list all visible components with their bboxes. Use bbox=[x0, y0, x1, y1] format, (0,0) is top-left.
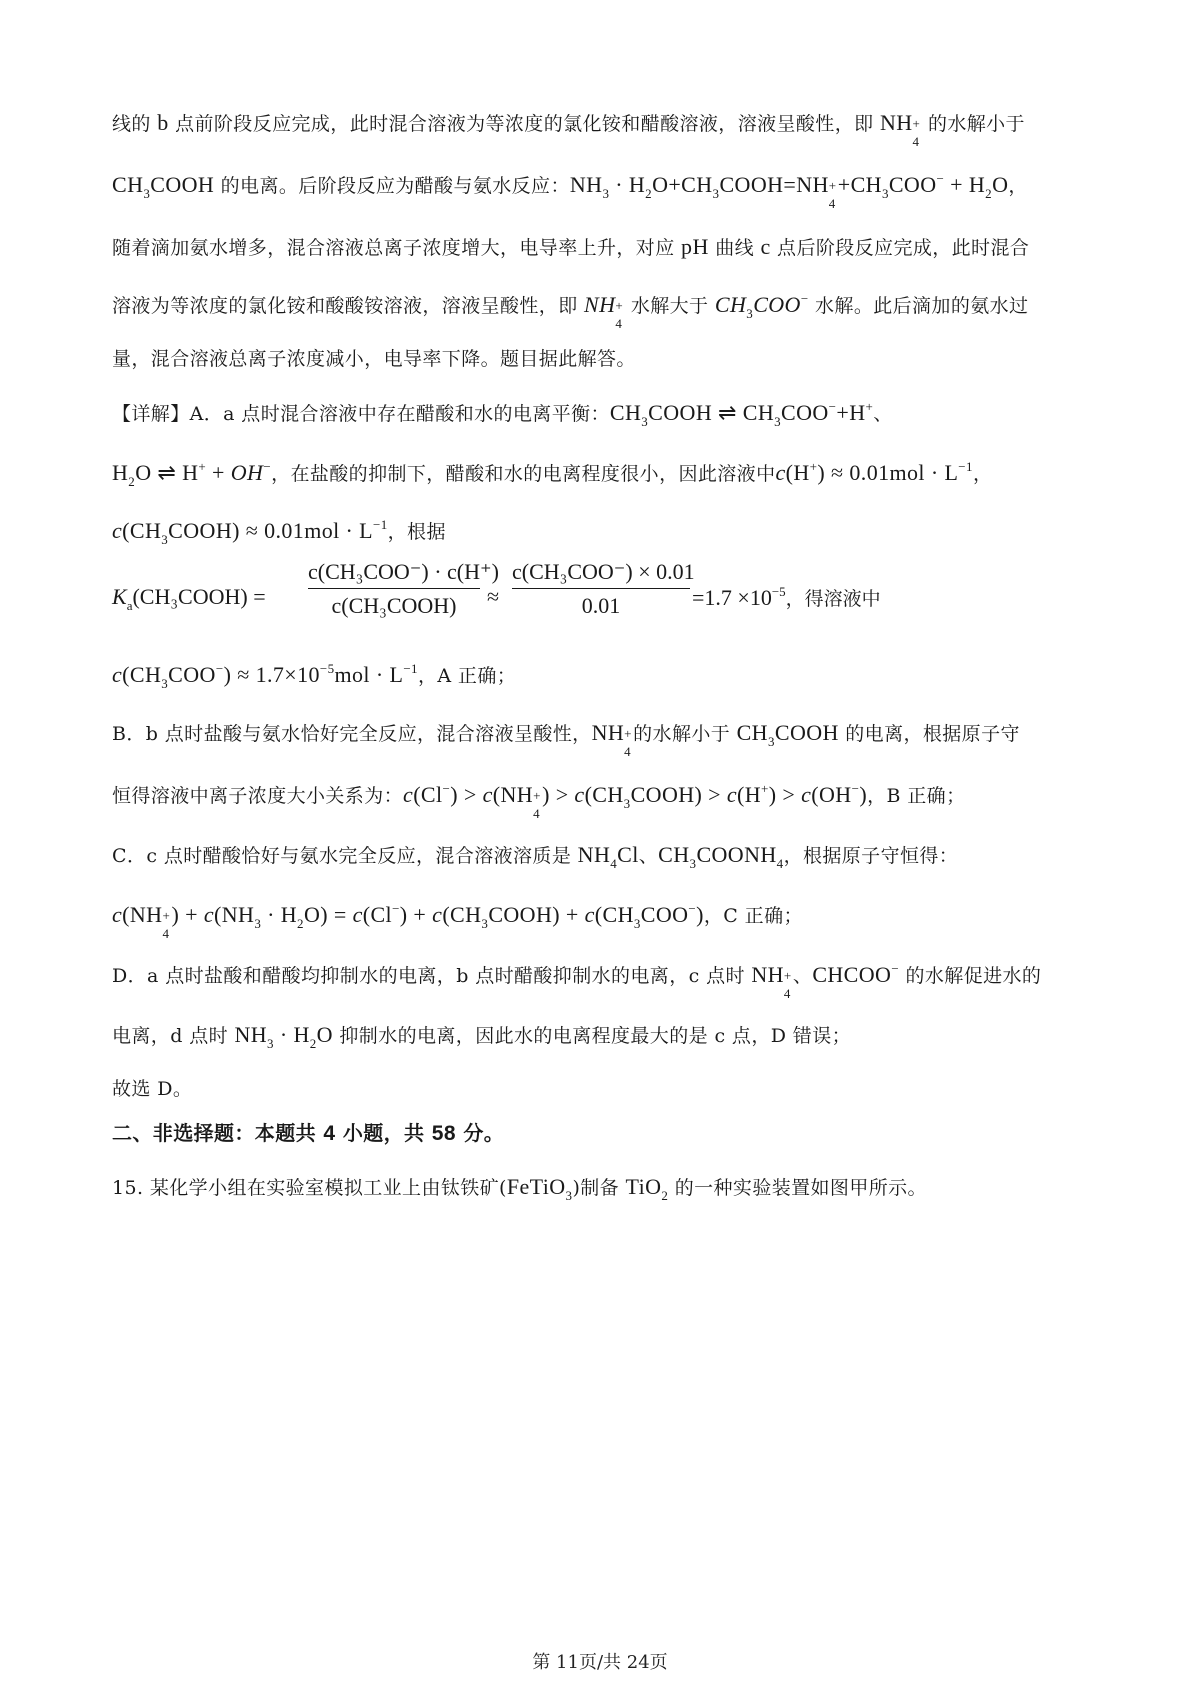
text-line: 溶液为等浓度的氯化铵和酸酸铵溶液，溶液呈酸性，即 NH+4 水解大于 CH3CO… bbox=[112, 290, 1100, 321]
text-line: 线的 b 点前阶段反应完成，此时混合溶液为等浓度的氯化铵和醋酸溶液，溶液呈酸性，… bbox=[112, 108, 1100, 139]
ka-fraction-2: c(CH₃COO⁻) × 0.01 0.01 bbox=[512, 558, 690, 620]
fraction-1-denominator: c(CH₃COOH) bbox=[308, 592, 480, 620]
text-line: C．c 点时醋酸恰好与氨水完全反应，混合溶液溶质是 NH4Cl、CH3COONH… bbox=[112, 840, 1100, 871]
fraction-1-numerator: c(CH₃COO⁻) · c(H⁺) bbox=[308, 558, 480, 586]
text-line: 15. 某化学小组在实验室模拟工业上由钛铁矿(FeTiO3)制备 TiO2 的一… bbox=[112, 1172, 1100, 1203]
text-line: H2O ⇌ H+ + OH−，在盐酸的抑制下，醋酸和水的电离程度很小，因此溶液中… bbox=[112, 458, 1100, 489]
fraction-2-denominator: 0.01 bbox=[512, 592, 690, 620]
section-heading: 二、非选择题：本题共 4 小题，共 58 分。 bbox=[112, 1118, 1100, 1149]
ka-equation: Ka(CH₃COOH) = c(CH₃COO⁻) · c(H⁺) c(CH₃CO… bbox=[112, 558, 1092, 650]
document-page: 线的 b 点前阶段反应完成，此时混合溶液为等浓度的氯化铵和醋酸溶液，溶液呈酸性，… bbox=[0, 0, 1200, 1698]
ka-lhs: Ka(CH₃COOH) = bbox=[112, 584, 266, 610]
text-line: 【详解】A．a 点时混合溶液中存在醋酸和水的电离平衡：CH3COOH ⇌ CH3… bbox=[112, 398, 1100, 429]
page-number-footer: 第 11页/共 24页 bbox=[0, 1648, 1200, 1674]
ka-result: =1.7 ×10−5，得溶液中 bbox=[692, 584, 881, 611]
text-line: D．a 点时盐酸和醋酸均抑制水的电离，b 点时醋酸抑制水的电离，c 点时 NH+… bbox=[112, 960, 1100, 991]
text-line: c(NH+4) + c(NH3 · H2O) = c(Cl−) + c(CH3C… bbox=[112, 900, 1100, 931]
fraction-2-numerator: c(CH₃COO⁻) × 0.01 bbox=[512, 558, 690, 586]
text-line: 随着滴加氨水增多，混合溶液总离子浓度增大，电导率上升，对应 pH 曲线 c 点后… bbox=[112, 232, 1100, 263]
text-line: c(CH3COO−) ≈ 1.7×10−5mol · L−1，A 正确； bbox=[112, 660, 1100, 691]
approx-sign: ≈ bbox=[487, 584, 499, 610]
ka-fraction-1: c(CH₃COO⁻) · c(H⁺) c(CH₃COOH) bbox=[308, 558, 480, 620]
text-line: CH3COOH 的电离。后阶段反应为醋酸与氨水反应：NH3 · H2O+CH3C… bbox=[112, 170, 1100, 201]
text-line: c(CH3COOH) ≈ 0.01mol · L−1，根据 bbox=[112, 516, 1100, 547]
text-line: 恒得溶液中离子浓度大小关系为：c(Cl−) > c(NH+4) > c(CH3C… bbox=[112, 780, 1100, 811]
text-line: 故选 D。 bbox=[112, 1074, 1100, 1104]
text-line: 电离，d 点时 NH3 · H2O 抑制水的电离，因此水的电离程度最大的是 c … bbox=[112, 1020, 1100, 1051]
text-line: 量，混合溶液总离子浓度减小，电导率下降。题目据此解答。 bbox=[112, 344, 1100, 374]
text-line: B．b 点时盐酸与氨水恰好完全反应，混合溶液呈酸性，NH+4的水解小于 CH3C… bbox=[112, 718, 1100, 749]
